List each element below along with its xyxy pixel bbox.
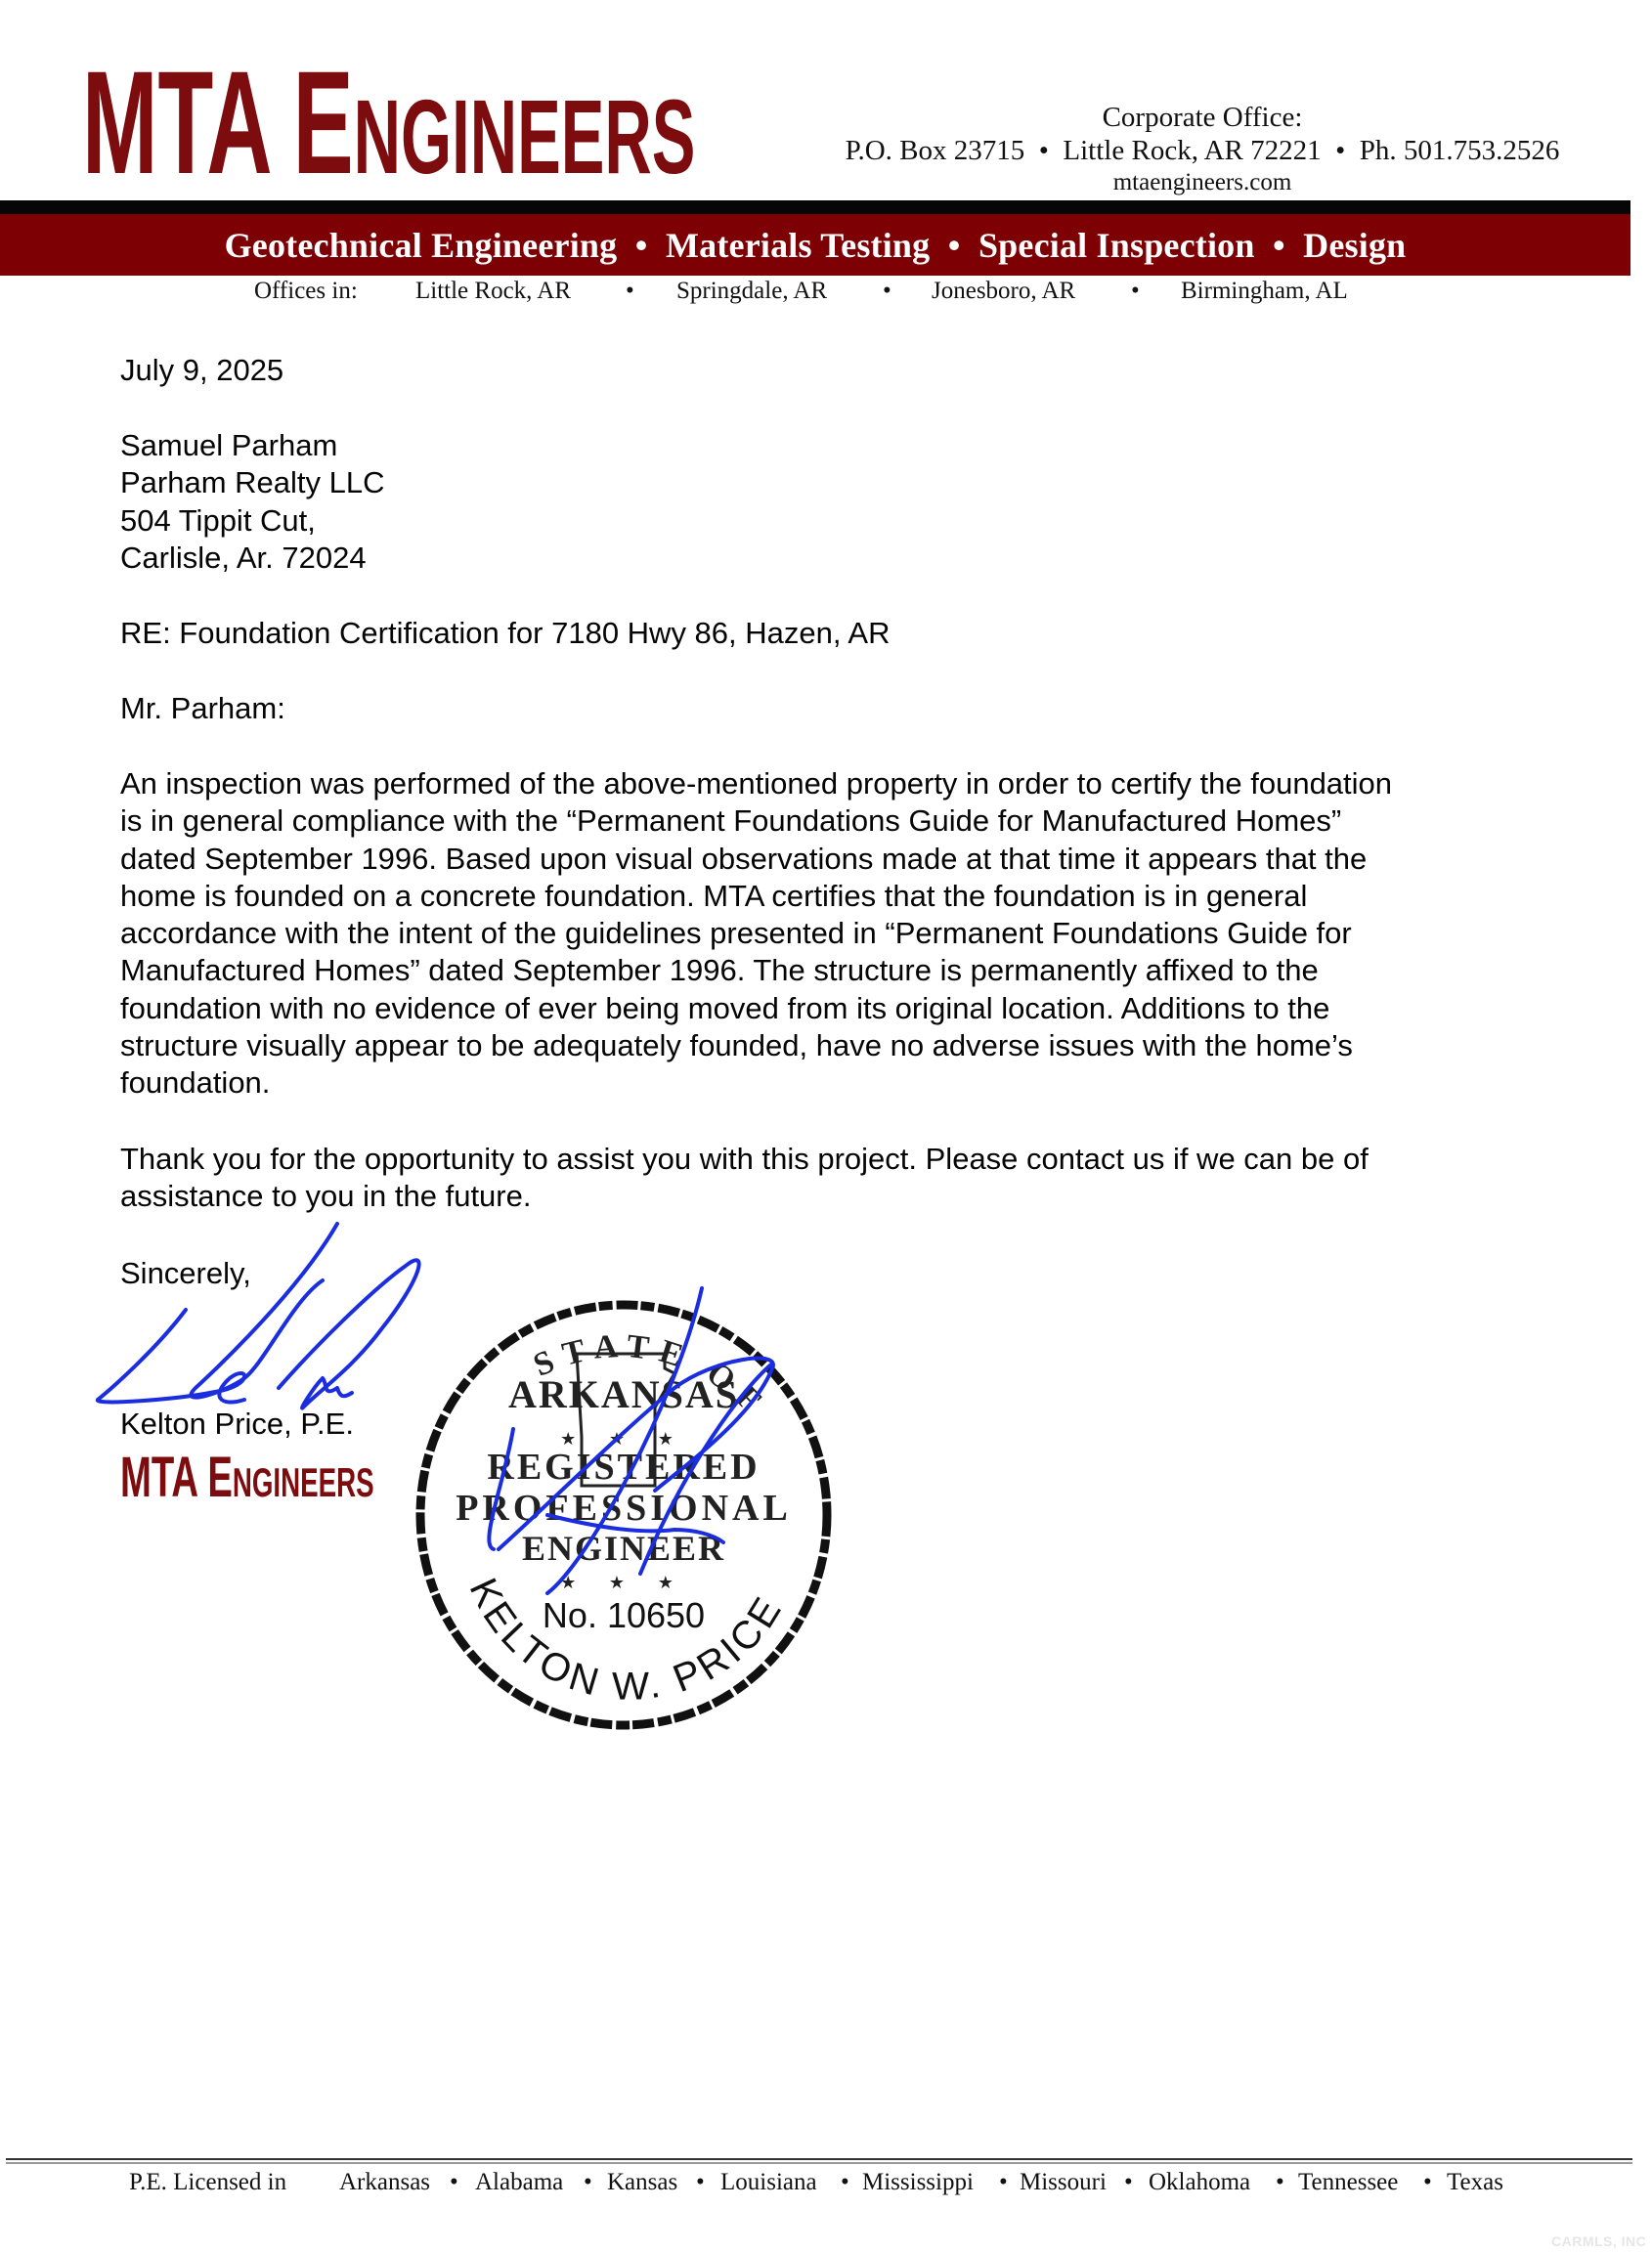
footer-rule	[6, 2162, 1632, 2164]
footer-state: Texas	[1447, 2169, 1503, 2196]
bullet: •	[450, 2169, 458, 2196]
footer-state: Alabama	[475, 2169, 563, 2196]
watermark: CARMLS, INC	[1551, 2233, 1646, 2249]
bullet: •	[1423, 2169, 1432, 2196]
seal-state: ARKANSAS	[508, 1372, 739, 1416]
signature	[98, 1224, 419, 1408]
seal-and-signatures: STATE OF ARKANSAS ★ ★ ★ REGISTERED PROFE…	[0, 0, 1652, 2252]
seal-engineer: ENGINEER	[522, 1529, 725, 1568]
footer-state: Missouri	[1020, 2169, 1107, 2196]
bullet: •	[1276, 2169, 1284, 2196]
footer-state: Mississippi	[862, 2169, 974, 2196]
footer-state: Kansas	[607, 2169, 677, 2196]
bullet: •	[584, 2169, 592, 2196]
footer-state: Arkansas	[339, 2169, 430, 2196]
footer-state: Louisiana	[720, 2169, 817, 2196]
footer-state: Tennessee	[1298, 2169, 1398, 2196]
seal-number: No. 10650	[543, 1595, 705, 1635]
star-icon: ★ ★ ★	[560, 1573, 687, 1593]
footer-state: Oklahoma	[1149, 2169, 1250, 2196]
bullet: •	[841, 2169, 849, 2196]
footer-rule	[6, 2158, 1632, 2160]
bullet: •	[999, 2169, 1008, 2196]
seal-professional: PROFESSIONAL	[456, 1488, 792, 1529]
footer-label: P.E. Licensed in	[129, 2169, 286, 2196]
bullet: •	[1124, 2169, 1133, 2196]
bullet: •	[696, 2169, 705, 2196]
